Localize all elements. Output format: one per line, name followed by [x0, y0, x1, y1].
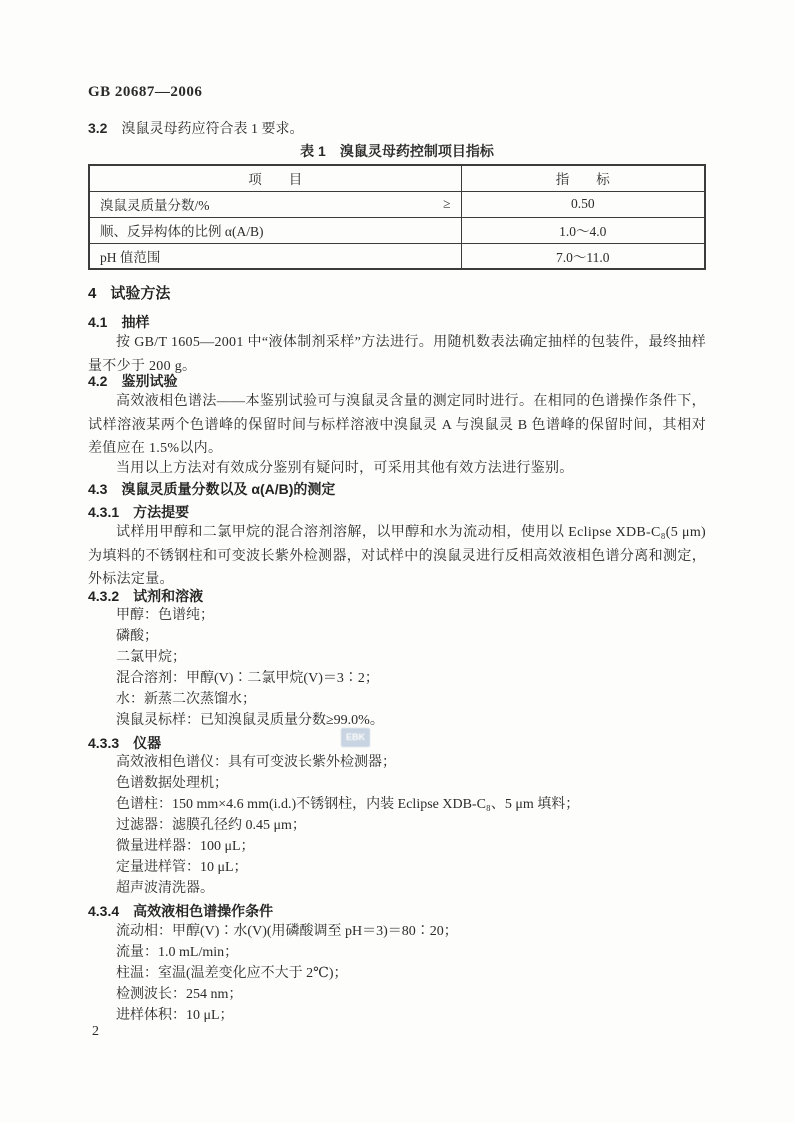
section-4-3-2-heading: 4.3.2试剂和溶液	[88, 586, 203, 606]
list-item: 柱温：室温(温差变化应不大于 2℃)；	[88, 963, 708, 984]
list-item: 二氯甲烷；	[88, 647, 708, 668]
table-header-value: 指 标	[461, 165, 705, 191]
table-row: 溴鼠灵质量分数/% ≥ 0.50	[89, 191, 705, 217]
row-1-item: 溴鼠灵质量分数/%	[100, 194, 210, 214]
list-item: 色谱数据处理机；	[88, 773, 708, 794]
page-number: 2	[92, 1024, 99, 1040]
list-item: 流动相：甲醇(V)∶水(V)(用磷酸调至 pH＝3)＝80∶20；	[88, 921, 708, 942]
table-row: 顺、反异构体的比例 α(A/B) 1.0～4.0	[89, 217, 705, 243]
list-item: 混合溶剂：甲醇(V)∶二氯甲烷(V)＝3∶2；	[88, 668, 708, 689]
table-row-header: 项 目 指 标	[89, 165, 705, 191]
section-4-3-4-heading: 4.3.4高效液相色谱操作条件	[88, 901, 273, 921]
hplc-conditions-list: 流动相：甲醇(V)∶水(V)(用磷酸调至 pH＝3)＝80∶20； 流量：1.0…	[88, 921, 708, 1026]
table-row: pH 值范围 7.0～11.0	[89, 243, 705, 269]
list-item: 色谱柱：150 mm×4.6 mm(i.d.)不锈钢柱，内装 Eclipse X…	[88, 794, 708, 815]
clause-3-2: 3.2溴鼠灵母药应符合表 1 要求。	[88, 118, 708, 138]
section-4-heading: 4试验方法	[88, 282, 170, 303]
section-4-1-paragraph: 按 GB/T 1605—2001 中“液体制剂采样”方法进行。用随机数表法确定抽…	[88, 331, 706, 378]
scan-watermark-logo: EBK	[341, 728, 370, 747]
clause-3-2-number: 3.2	[88, 120, 107, 136]
list-item: 高效液相色谱仪：具有可变波长紫外检测器；	[88, 752, 708, 773]
list-item: 甲醇：色谱纯；	[88, 605, 708, 626]
reagents-list: 甲醇：色谱纯； 磷酸； 二氯甲烷； 混合溶剂：甲醇(V)∶二氯甲烷(V)＝3∶2…	[88, 605, 708, 731]
list-item: 检测波长：254 nm；	[88, 984, 708, 1005]
section-4-2-paragraph-1: 高效液相色谱法——本鉴别试验可与溴鼠灵含量的测定同时进行。在相同的色谱操作条件下…	[88, 390, 706, 461]
section-4-3-1-paragraph: 试样用甲醇和二氯甲烷的混合溶剂溶解，以甲醇和水为流动相，使用以 Eclipse …	[88, 521, 706, 592]
list-item: 磷酸；	[88, 626, 708, 647]
list-item: 超声波清洗器。	[88, 878, 708, 899]
section-4-1-heading: 4.1抽样	[88, 312, 149, 332]
row-3-value: 7.0～11.0	[461, 243, 705, 269]
row-1-value: 0.50	[461, 191, 705, 217]
section-4-3-heading: 4.3溴鼠灵质量分数以及 α(A/B)的测定	[88, 479, 335, 499]
list-item: 水：新蒸二次蒸馏水；	[88, 689, 708, 710]
list-item: 流量：1.0 mL/min；	[88, 942, 708, 963]
section-4-2-heading: 4.2鉴别试验	[88, 371, 177, 391]
document-page: GB 20687—2006 3.2溴鼠灵母药应符合表 1 要求。 表 1 溴鼠灵…	[0, 0, 794, 1123]
list-item: 定量进样管：10 μL；	[88, 857, 708, 878]
list-item: 进样体积：10 μL；	[88, 1005, 708, 1026]
row-1-relation: ≥	[443, 196, 450, 212]
table-1: 项 目 指 标 溴鼠灵质量分数/% ≥ 0.50 顺、反异构体的比例 α(A/B…	[88, 164, 706, 270]
list-item: 过滤器：滤膜孔径约 0.45 μm；	[88, 815, 708, 836]
section-4-3-1-heading: 4.3.1方法提要	[88, 502, 189, 522]
row-3-item: pH 值范围	[89, 243, 461, 269]
row-2-value: 1.0～4.0	[461, 217, 705, 243]
standard-code: GB 20687—2006	[88, 84, 202, 101]
instruments-list: 高效液相色谱仪：具有可变波长紫外检测器； 色谱数据处理机； 色谱柱：150 mm…	[88, 752, 708, 899]
table-1-title: 表 1 溴鼠灵母药控制项目指标	[88, 141, 706, 161]
clause-3-2-text: 溴鼠灵母药应符合表 1 要求。	[121, 122, 303, 137]
section-4-3-3-heading: 4.3.3仪器	[88, 733, 161, 753]
section-4-2-paragraph-2: 当用以上方法对有效成分鉴别有疑问时，可采用其他有效方法进行鉴别。	[88, 457, 706, 481]
table-header-item: 项 目	[89, 165, 461, 191]
row-2-item: 顺、反异构体的比例 α(A/B)	[89, 217, 461, 243]
list-item: 微量进样器：100 μL；	[88, 836, 708, 857]
list-item: 溴鼠灵标样：已知溴鼠灵质量分数≥99.0%。	[88, 710, 708, 731]
